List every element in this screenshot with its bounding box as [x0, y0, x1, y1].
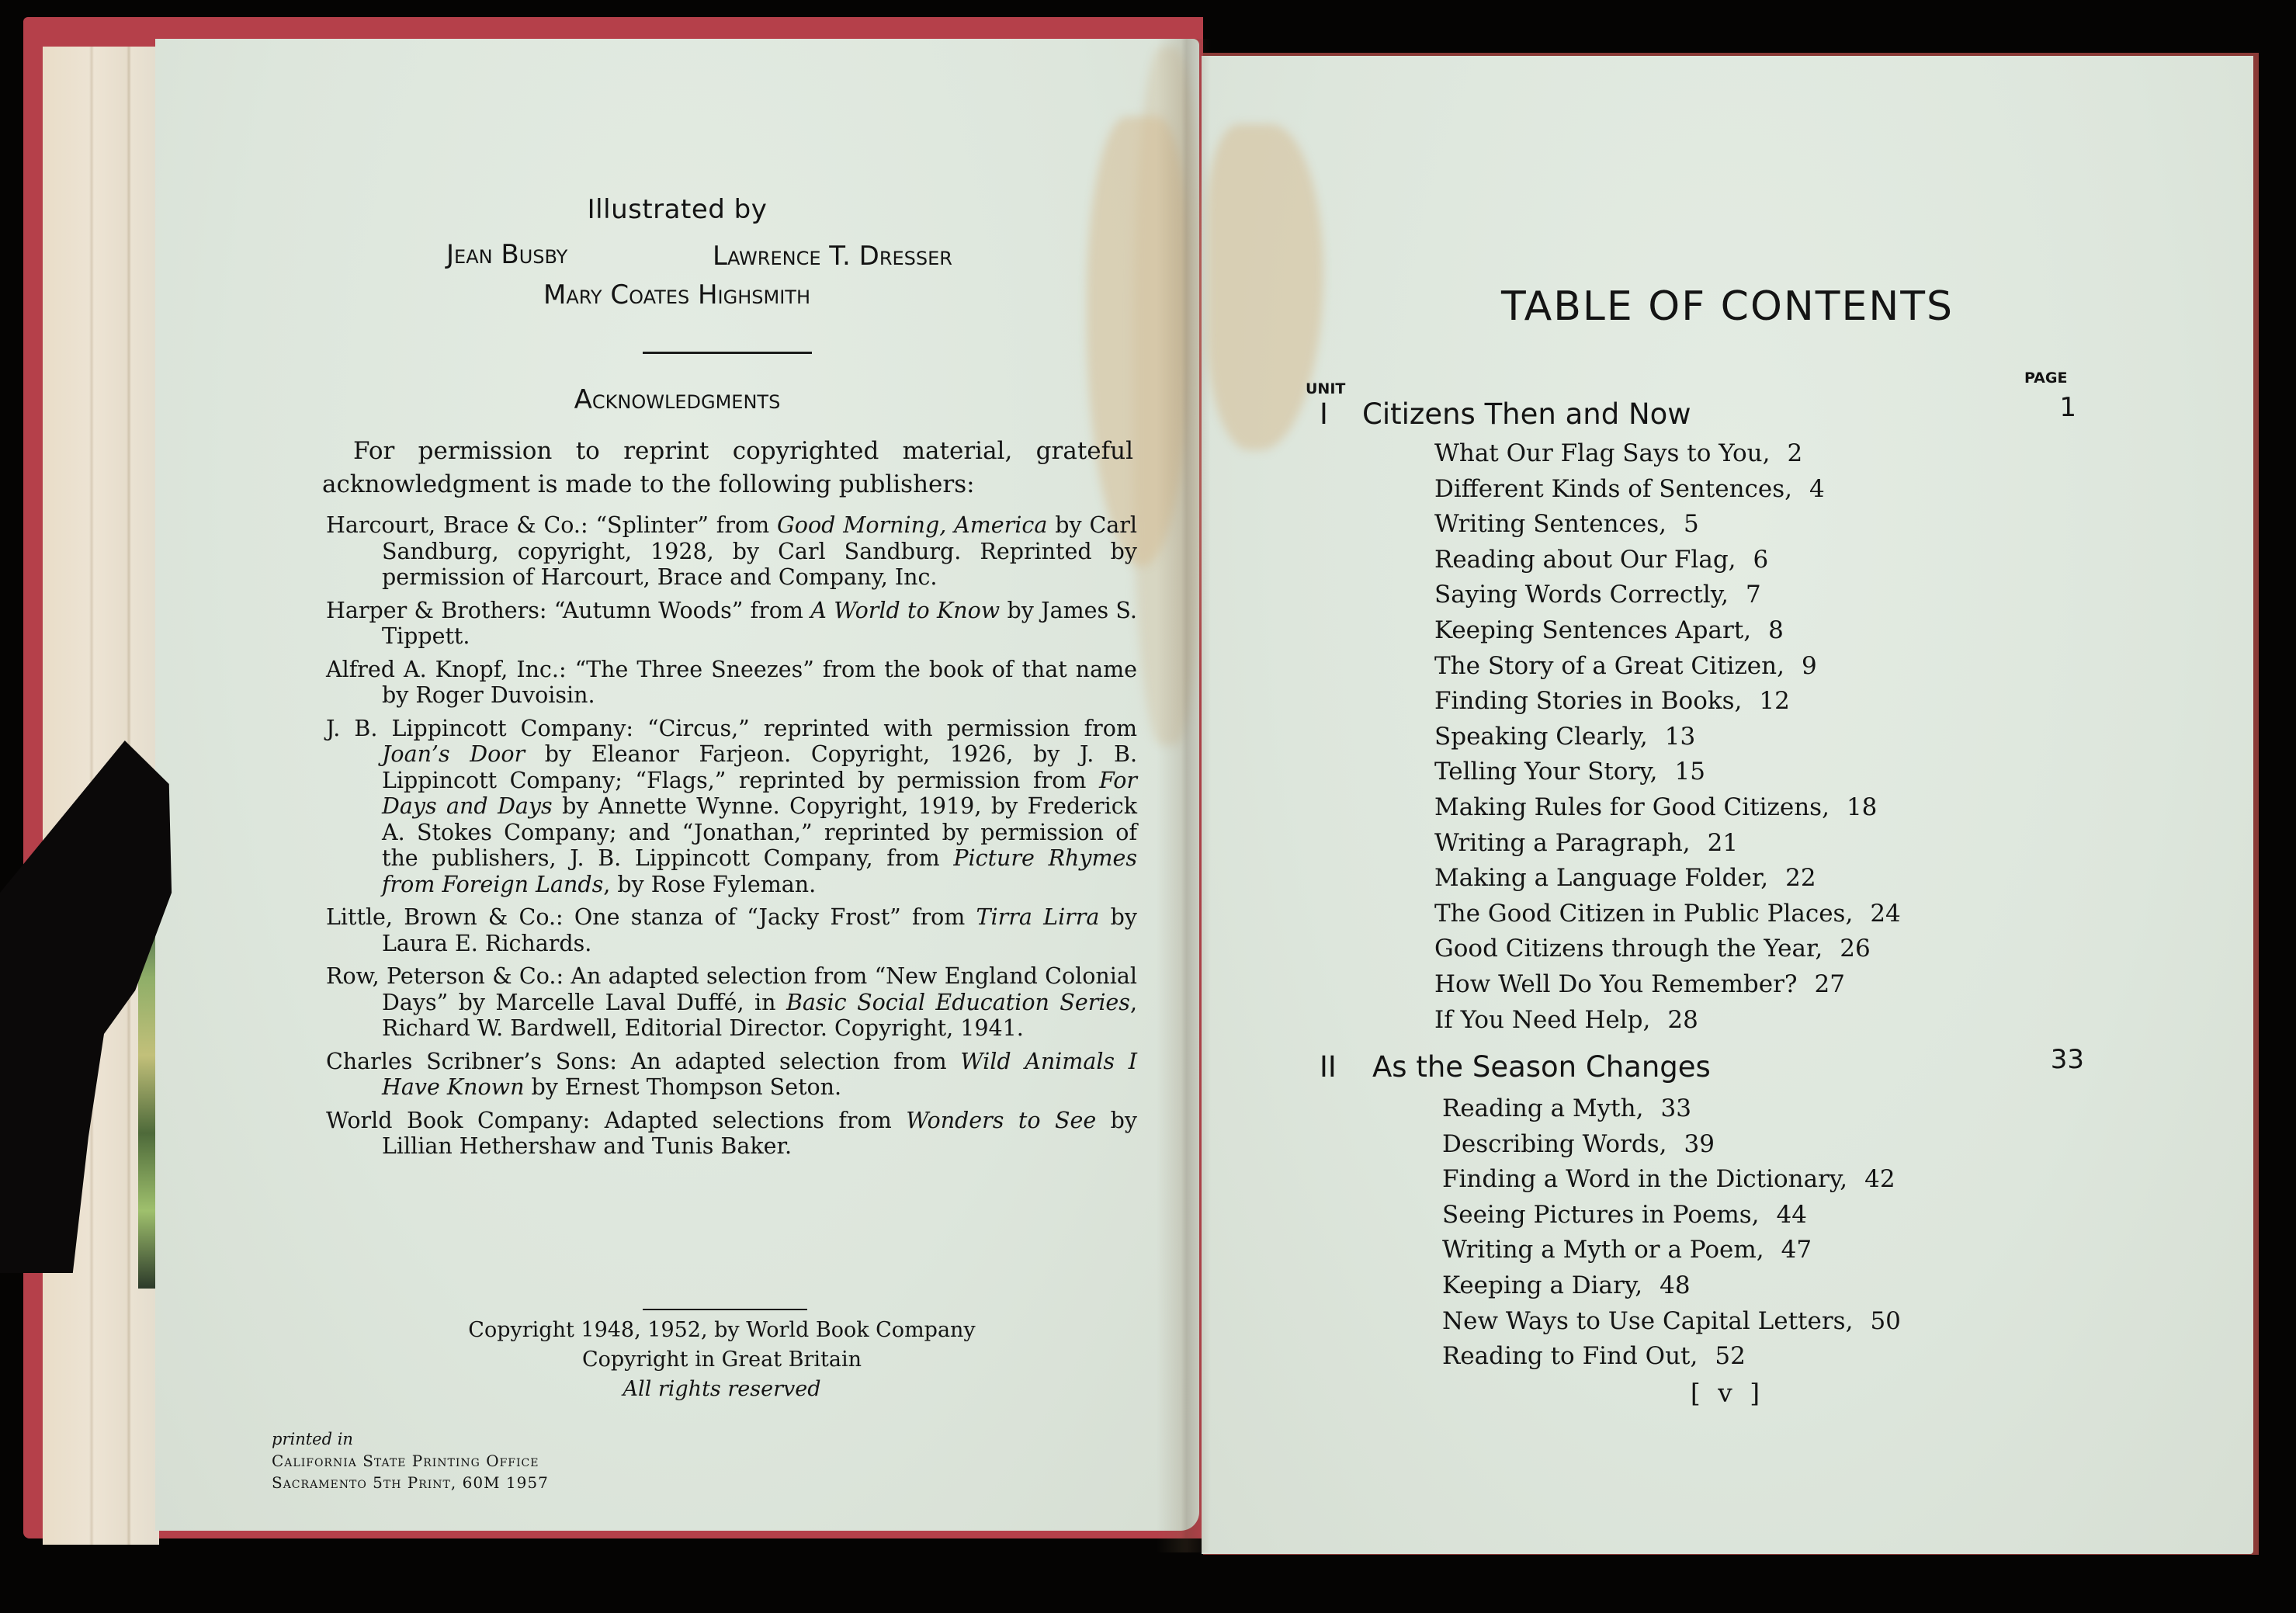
- toc-item-page: 47: [1781, 1236, 1812, 1264]
- toc-item-title: Finding Stories in Books,: [1434, 687, 1742, 715]
- unit-page-number: 33: [2022, 1044, 2084, 1075]
- toc-item-page: 50: [1870, 1307, 1900, 1335]
- toc-item-page: 18: [1847, 793, 1877, 821]
- acknowledgment-entry: Row, Peterson & Co.: An adapted selectio…: [326, 963, 1137, 1042]
- acknowledgment-entry: Little, Brown & Co.: One stanza of “Jack…: [326, 904, 1137, 956]
- toc-item[interactable]: Making Rules for Good Citizens,18: [1434, 790, 1901, 826]
- toc-item-title: If You Need Help,: [1434, 1006, 1650, 1034]
- acknowledgment-entry: World Book Company: Adapted selections f…: [326, 1108, 1137, 1160]
- toc-item[interactable]: Speaking Clearly,13: [1434, 720, 1901, 755]
- toc-item[interactable]: Different Kinds of Sentences,4: [1434, 472, 1901, 508]
- toc-item[interactable]: Finding Stories in Books,12: [1434, 684, 1901, 720]
- toc-item-page: 21: [1708, 829, 1738, 857]
- toc-item-title: Saying Words Correctly,: [1434, 581, 1729, 609]
- entry-text: , by Rose Fyleman.: [603, 872, 816, 897]
- toc-item-title: Reading to Find Out,: [1442, 1342, 1698, 1370]
- toc-item-page: 6: [1753, 546, 1769, 574]
- toc-item[interactable]: How Well Do You Remember?27: [1434, 967, 1901, 1003]
- acknowledgments-list: Harcourt, Brace & Co.: “Splinter” from G…: [326, 512, 1137, 1167]
- acknowledgment-entry: Charles Scribner’s Sons: An adapted sele…: [326, 1049, 1137, 1101]
- divider-rule: [643, 1309, 807, 1310]
- toc-item-page: 13: [1665, 723, 1695, 751]
- toc-item-title: Making a Language Folder,: [1434, 864, 1768, 892]
- copyright-line: All rights reserved: [404, 1375, 1040, 1404]
- toc-item-page: 8: [1768, 616, 1784, 644]
- book-gutter: [1157, 39, 1211, 1552]
- toc-item-title: Reading a Myth,: [1442, 1094, 1643, 1122]
- publisher-name: Row, Peterson & Co.:: [326, 963, 564, 989]
- work-title: Tirra Lirra: [976, 904, 1100, 930]
- publisher-name: World Book Company:: [326, 1108, 590, 1133]
- illustrated-by-heading: Illustrated by: [155, 194, 1199, 225]
- work-title: Joan’s Door: [382, 741, 525, 767]
- toc-item[interactable]: Telling Your Story,15: [1434, 754, 1901, 790]
- publisher-name: Little, Brown & Co.:: [326, 904, 564, 930]
- copyright-line: Copyright in Great Britain: [404, 1345, 1040, 1375]
- publisher-name: J. B. Lippincott Company:: [326, 716, 633, 741]
- toc-list-unit-1: What Our Flag Says to You,2 Different Ki…: [1434, 436, 1901, 1038]
- toc-item-title: Finding a Word in the Dictionary,: [1442, 1165, 1847, 1193]
- page-number: [ v ]: [1202, 1378, 2253, 1408]
- toc-item[interactable]: The Good Citizen in Public Places,24: [1434, 897, 1901, 932]
- entry-text: Adapted selections from: [590, 1108, 906, 1133]
- toc-item[interactable]: Reading about Our Flag,6: [1434, 543, 1901, 578]
- acknowledgments-intro: For permission to reprint copyrighted ma…: [322, 435, 1133, 501]
- entry-text: “Autumn Woods” from: [546, 598, 810, 623]
- toc-item[interactable]: Writing Sentences,5: [1434, 507, 1901, 543]
- acknowledgment-entry: Harper & Brothers: “Autumn Woods” from A…: [326, 598, 1137, 650]
- unit-column-label: UNIT: [1306, 380, 1345, 397]
- toc-item-title: Keeping a Diary,: [1442, 1271, 1642, 1299]
- toc-item[interactable]: Keeping a Diary,48: [1442, 1268, 1901, 1304]
- entry-text: by Ernest Thompson Seton.: [524, 1074, 841, 1100]
- toc-item-title: Speaking Clearly,: [1434, 723, 1648, 751]
- toc-item[interactable]: The Story of a Great Citizen,9: [1434, 649, 1901, 685]
- toc-item-page: 24: [1870, 900, 1900, 928]
- toc-item-page: 12: [1759, 687, 1789, 715]
- unit-numeral: I: [1320, 397, 1328, 431]
- printer-imprint: printed in California State Printing Off…: [272, 1428, 549, 1493]
- toc-item[interactable]: Saying Words Correctly,7: [1434, 578, 1901, 613]
- toc-item-page: 28: [1667, 1006, 1698, 1034]
- publisher-name: Charles Scribner’s Sons:: [326, 1049, 617, 1074]
- work-title: A World to Know: [810, 598, 1000, 623]
- intro-line: For permission to reprint copyrighted ma…: [322, 435, 1133, 468]
- entry-text: An adapted selection from: [617, 1049, 960, 1074]
- toc-item-title: New Ways to Use Capital Letters,: [1442, 1307, 1853, 1335]
- publisher-name: Harcourt, Brace & Co.:: [326, 512, 588, 538]
- entry-text: “Circus,” reprinted with permission from: [633, 716, 1137, 741]
- unit-title: Citizens Then and Now: [1362, 397, 1691, 431]
- toc-item-title: Writing a Myth or a Poem,: [1442, 1236, 1764, 1264]
- unit-page-number: 1: [2014, 392, 2076, 423]
- publisher-name: Harper & Brothers:: [326, 598, 546, 623]
- toc-item-title: Telling Your Story,: [1434, 758, 1658, 786]
- illustrator-name: Jean Busby: [446, 239, 567, 270]
- toc-item[interactable]: New Ways to Use Capital Letters,50: [1442, 1304, 1901, 1340]
- printer-line: California State Printing Office: [272, 1450, 549, 1472]
- toc-item-title: The Good Citizen in Public Places,: [1434, 900, 1853, 928]
- toc-item[interactable]: If You Need Help,28: [1434, 1003, 1901, 1039]
- intro-line: acknowledgment is made to the following …: [322, 470, 975, 498]
- toc-title: TABLE OF CONTENTS: [1202, 283, 2253, 330]
- acknowledgments-title: Acknowledgments: [155, 384, 1199, 415]
- toc-item[interactable]: Making a Language Folder,22: [1434, 861, 1901, 897]
- acknowledgment-entry: Alfred A. Knopf, Inc.: “The Three Sneeze…: [326, 657, 1137, 709]
- copyright-line: Copyright 1948, 1952, by World Book Comp…: [404, 1316, 1040, 1345]
- toc-item-title: Writing a Paragraph,: [1434, 829, 1691, 857]
- toc-item[interactable]: Seeing Pictures in Poems,44: [1442, 1198, 1901, 1233]
- toc-item[interactable]: Describing Words,39: [1442, 1127, 1901, 1163]
- toc-item[interactable]: Good Citizens through the Year,26: [1434, 931, 1901, 967]
- toc-item-page: 4: [1809, 475, 1825, 503]
- toc-item-title: What Our Flag Says to You,: [1434, 439, 1771, 467]
- toc-item-page: 52: [1715, 1342, 1745, 1370]
- unit-title: As the Season Changes: [1372, 1050, 1711, 1084]
- work-title: Good Morning, America: [777, 512, 1047, 538]
- toc-item-page: 44: [1777, 1201, 1807, 1229]
- toc-item[interactable]: Finding a Word in the Dictionary,42: [1442, 1162, 1901, 1198]
- page-column-label: PAGE: [2024, 369, 2067, 387]
- toc-item[interactable]: What Our Flag Says to You,2: [1434, 436, 1901, 472]
- toc-item-page: 27: [1815, 970, 1845, 998]
- toc-item-title: The Story of a Great Citizen,: [1434, 652, 1784, 680]
- toc-item-title: Describing Words,: [1442, 1130, 1667, 1158]
- toc-item[interactable]: Reading to Find Out,52: [1442, 1339, 1901, 1375]
- toc-item-page: 22: [1785, 864, 1816, 892]
- toc-item[interactable]: Reading a Myth,33: [1442, 1091, 1901, 1127]
- toc-item-page: 5: [1684, 510, 1699, 538]
- toc-item-title: Making Rules for Good Citizens,: [1434, 793, 1830, 821]
- publisher-name: Alfred A. Knopf, Inc.:: [326, 657, 567, 682]
- toc-item-title: Different Kinds of Sentences,: [1434, 475, 1792, 503]
- toc-item-page: 48: [1660, 1271, 1690, 1299]
- acknowledgment-entry: Harcourt, Brace & Co.: “Splinter” from G…: [326, 512, 1137, 591]
- toc-item-title: Reading about Our Flag,: [1434, 546, 1736, 574]
- entry-text: “Splinter” from: [588, 512, 777, 538]
- work-title: Wonders to See: [906, 1108, 1096, 1133]
- toc-item-page: 39: [1684, 1130, 1714, 1158]
- toc-item-title: Writing Sentences,: [1434, 510, 1667, 538]
- toc-item-title: Good Citizens through the Year,: [1434, 935, 1823, 963]
- illustrator-name: Lawrence T. Dresser: [713, 241, 952, 272]
- entry-text: One stanza of “Jacky Frost” from: [564, 904, 976, 930]
- toc-item-title: Seeing Pictures in Poems,: [1442, 1201, 1760, 1229]
- toc-item-page: 15: [1675, 758, 1705, 786]
- toc-item-page: 26: [1840, 935, 1870, 963]
- toc-item[interactable]: Writing a Myth or a Poem,47: [1442, 1233, 1901, 1268]
- toc-item-page: 33: [1660, 1094, 1691, 1122]
- toc-item-title: Keeping Sentences Apart,: [1434, 616, 1751, 644]
- unit-numeral: II: [1320, 1050, 1337, 1084]
- toc-item-page: 7: [1746, 581, 1761, 609]
- toc-item[interactable]: Keeping Sentences Apart,8: [1434, 613, 1901, 649]
- toc-list-unit-2: Reading a Myth,33 Describing Words,39 Fi…: [1442, 1091, 1901, 1375]
- work-title: Basic Social Education Series: [786, 990, 1130, 1015]
- acknowledgment-entry: J. B. Lippincott Company: “Circus,” repr…: [326, 716, 1137, 898]
- toc-item-page: 2: [1788, 439, 1803, 467]
- toc-item-title: How Well Do You Remember?: [1434, 970, 1798, 998]
- toc-item-page: 9: [1802, 652, 1817, 680]
- toc-item-page: 42: [1864, 1165, 1895, 1193]
- printed-in-label: printed in: [272, 1428, 549, 1450]
- copyright-block: Copyright 1948, 1952, by World Book Comp…: [404, 1316, 1040, 1404]
- toc-item[interactable]: Writing a Paragraph,21: [1434, 826, 1901, 862]
- illustrator-name: Mary Coates Highsmith: [543, 279, 810, 310]
- printer-line: Sacramento 5th Print, 60M 1957: [272, 1472, 549, 1493]
- divider-rule: [643, 352, 812, 354]
- illustrated-by-label: Illustrated by: [155, 194, 1199, 225]
